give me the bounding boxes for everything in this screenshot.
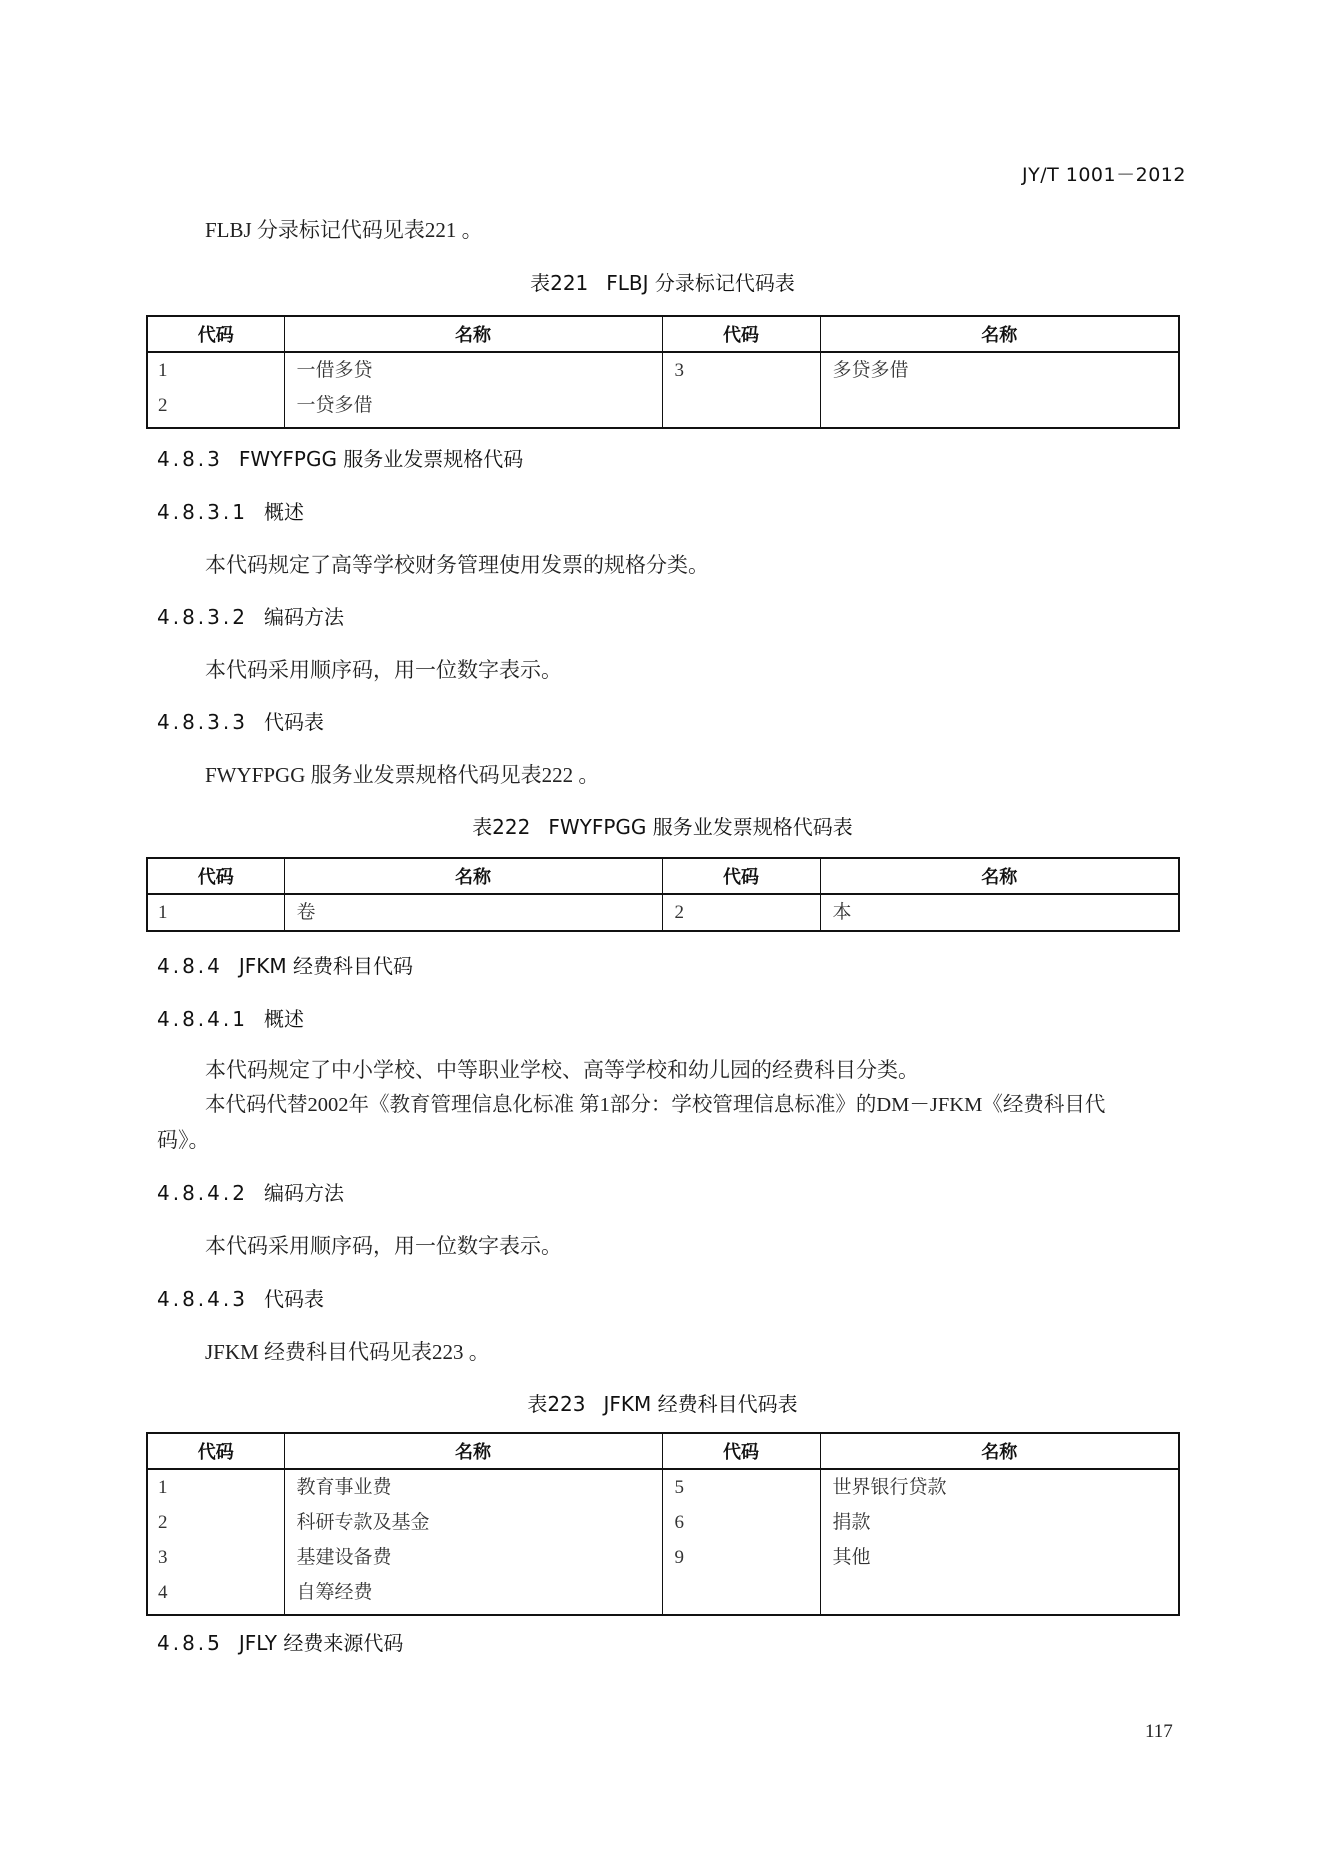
code-cell: 2 xyxy=(662,894,820,931)
table-223-caption: 表223JFKM 经费科目代码表 xyxy=(147,1391,1178,1417)
section-heading-4-8-5: 4.8.5JFLY 经费来源代码 xyxy=(157,1630,403,1656)
name-value: 一借多贷 xyxy=(297,353,662,388)
code-value: 2 xyxy=(675,895,820,930)
page-number: 117 xyxy=(1145,1721,1173,1743)
table-row: 1 2 3 4 教育事业费 科研专款及基金 基建设备费 自筹经费 5 6 9 世… xyxy=(147,1469,1179,1615)
code-value: 1 xyxy=(158,353,284,388)
code-cell: 1 2 3 4 xyxy=(147,1469,284,1615)
code-cell: 3 xyxy=(662,352,820,428)
column-header-name: 名称 xyxy=(820,316,1179,352)
column-header-code: 代码 xyxy=(662,858,820,894)
column-header-name: 名称 xyxy=(820,1433,1179,1469)
paragraph: 本代码采用顺序码，用一位数字表示。 xyxy=(205,657,562,683)
table-header-row: 代码 名称 代码 名称 xyxy=(147,1433,1179,1469)
section-title: 编码方法 xyxy=(264,605,344,629)
code-value: 3 xyxy=(675,353,820,388)
section-number: 4.8.4.1 xyxy=(157,1007,248,1031)
name-value: 卷 xyxy=(297,895,662,930)
section-heading-4-8-3-1: 4.8.3.1概述 xyxy=(157,499,304,525)
code-value: 2 xyxy=(158,1505,284,1540)
paragraph: 本代码采用顺序码，用一位数字表示。 xyxy=(205,1233,562,1259)
code-value: 3 xyxy=(158,1540,284,1575)
section-number: 4.8.3 xyxy=(157,447,223,471)
column-header-name: 名称 xyxy=(284,1433,662,1469)
section-heading-4-8-4-2: 4.8.4.2编码方法 xyxy=(157,1180,344,1206)
column-header-code: 代码 xyxy=(662,316,820,352)
table-row: 1 卷 2 本 xyxy=(147,894,1179,931)
column-header-name: 名称 xyxy=(284,316,662,352)
section-number: 4.8.4 xyxy=(157,954,223,978)
name-cell: 本 xyxy=(820,894,1179,931)
code-cell: 1 2 xyxy=(147,352,284,428)
section-heading-4-8-4-1: 4.8.4.1概述 xyxy=(157,1006,304,1032)
code-value: 1 xyxy=(158,895,284,930)
section-title: 概述 xyxy=(264,500,304,524)
name-cell: 一借多贷 一贷多借 xyxy=(284,352,662,428)
code-cell: 5 6 9 xyxy=(662,1469,820,1615)
paragraph: JFKM 经费科目代码见表223 。 xyxy=(205,1339,490,1365)
table-221-caption-title: FLBJ 分录标记代码表 xyxy=(606,271,795,295)
section-title: JFLY 经费来源代码 xyxy=(239,1631,403,1655)
paragraph: FWYFPGG 服务业发票规格代码见表222 。 xyxy=(205,762,599,788)
name-value: 多贷多借 xyxy=(833,353,1179,388)
standard-id-header: JY/T 1001－2012 xyxy=(1022,160,1186,187)
name-cell: 世界银行贷款 捐款 其他 xyxy=(820,1469,1179,1615)
table-222-caption: 表222FWYFPGG 服务业发票规格代码表 xyxy=(147,814,1178,840)
code-value: 5 xyxy=(675,1470,820,1505)
name-value: 基建设备费 xyxy=(297,1540,662,1575)
code-value: 6 xyxy=(675,1505,820,1540)
name-cell: 教育事业费 科研专款及基金 基建设备费 自筹经费 xyxy=(284,1469,662,1615)
column-header-name: 名称 xyxy=(820,858,1179,894)
section-title: 编码方法 xyxy=(264,1181,344,1205)
section-title: 代码表 xyxy=(264,1287,324,1311)
section-number: 4.8.4.3 xyxy=(157,1287,248,1311)
section-number: 4.8.5 xyxy=(157,1631,223,1655)
name-value: 世界银行贷款 xyxy=(833,1470,1179,1505)
column-header-code: 代码 xyxy=(147,1433,284,1469)
name-value: 教育事业费 xyxy=(297,1470,662,1505)
intro-paragraph: FLBJ 分录标记代码见表221 。 xyxy=(205,217,483,243)
section-number: 4.8.3.1 xyxy=(157,500,248,524)
table-221-caption: 表221FLBJ 分录标记代码表 xyxy=(147,270,1178,296)
name-cell: 多贷多借 xyxy=(820,352,1179,428)
table-221-caption-number: 表221 xyxy=(530,271,588,295)
table-222-caption-title: FWYFPGG 服务业发票规格代码表 xyxy=(548,815,852,839)
name-value: 科研专款及基金 xyxy=(297,1505,662,1540)
paragraph: 本代码规定了中小学校、中等职业学校、高等学校和幼儿园的经费科目分类。 xyxy=(205,1057,919,1083)
column-header-code: 代码 xyxy=(147,858,284,894)
section-heading-4-8-4: 4.8.4JFKM 经费科目代码 xyxy=(157,953,413,979)
name-value: 一贷多借 xyxy=(297,388,662,423)
column-header-code: 代码 xyxy=(147,316,284,352)
table-222: 代码 名称 代码 名称 1 卷 2 本 xyxy=(146,857,1180,932)
code-value: 2 xyxy=(158,388,284,423)
name-cell: 卷 xyxy=(284,894,662,931)
column-header-code: 代码 xyxy=(662,1433,820,1469)
section-heading-4-8-3-2: 4.8.3.2编码方法 xyxy=(157,604,344,630)
column-header-name: 名称 xyxy=(284,858,662,894)
table-223-caption-title: JFKM 经费科目代码表 xyxy=(604,1392,798,1416)
name-value: 其他 xyxy=(833,1540,1179,1575)
code-value: 4 xyxy=(158,1575,284,1610)
section-heading-4-8-4-3: 4.8.4.3代码表 xyxy=(157,1286,324,1312)
table-row: 1 2 一借多贷 一贷多借 3 多贷多借 xyxy=(147,352,1179,428)
section-heading-4-8-3: 4.8.3FWYFPGG 服务业发票规格代码 xyxy=(157,446,523,472)
section-title: JFKM 经费科目代码 xyxy=(239,954,413,978)
section-heading-4-8-3-3: 4.8.3.3代码表 xyxy=(157,709,324,735)
code-value: 9 xyxy=(675,1540,820,1575)
name-value: 自筹经费 xyxy=(297,1575,662,1610)
section-number: 4.8.3.3 xyxy=(157,710,248,734)
section-title: FWYFPGG 服务业发票规格代码 xyxy=(239,447,523,471)
section-number: 4.8.4.2 xyxy=(157,1181,248,1205)
code-value: 1 xyxy=(158,1470,284,1505)
table-header-row: 代码 名称 代码 名称 xyxy=(147,316,1179,352)
table-223: 代码 名称 代码 名称 1 2 3 4 教育事业费 科研专款及基金 基建设备费 … xyxy=(146,1432,1180,1616)
name-value: 捐款 xyxy=(833,1505,1179,1540)
section-title: 概述 xyxy=(264,1007,304,1031)
table-222-caption-number: 表222 xyxy=(472,815,530,839)
table-221: 代码 名称 代码 名称 1 2 一借多贷 一贷多借 3 多贷多借 xyxy=(146,315,1180,429)
paragraph: 本代码规定了高等学校财务管理使用发票的规格分类。 xyxy=(205,552,709,578)
paragraph-continuation: 码》。 xyxy=(157,1127,210,1153)
section-title: 代码表 xyxy=(264,710,324,734)
paragraph: 本代码代替2002年《教育管理信息化标准 第1部分：学校管理信息标准》的DM－J… xyxy=(205,1092,1105,1118)
name-value: 本 xyxy=(833,895,1179,930)
table-header-row: 代码 名称 代码 名称 xyxy=(147,858,1179,894)
code-cell: 1 xyxy=(147,894,284,931)
table-223-caption-number: 表223 xyxy=(527,1392,585,1416)
section-number: 4.8.3.2 xyxy=(157,605,248,629)
